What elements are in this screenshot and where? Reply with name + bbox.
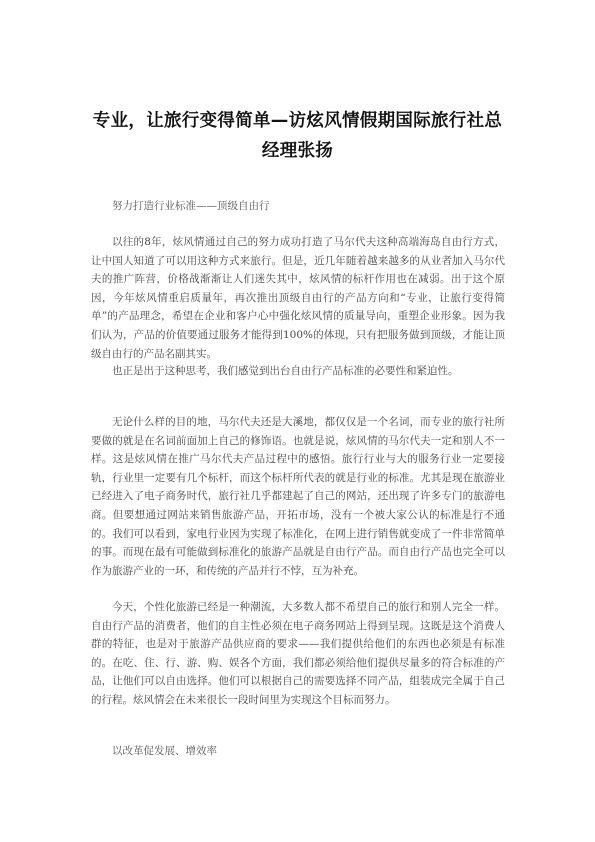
section-heading: 努力打造行业标准——顶级自由行 bbox=[112, 199, 270, 213]
paragraph: 今天，个性化旅游已经是一种潮流，大多数人都不希望自己的旅行和别人完全一样。自由行… bbox=[91, 598, 505, 710]
paragraph: 无论什么样的目的地，马尔代夫还是大溪地，都仅仅是一个名词，而专业的旅行社所要做的… bbox=[91, 413, 505, 580]
page-title: 专业，让旅行变得简单—访炫风情假期国际旅行社总经理张扬 bbox=[85, 106, 510, 166]
paragraph: 也正是出于这种思考，我们感觉到出台自由行产品标准的必要性和紧迫性。 bbox=[91, 362, 505, 381]
section-heading: 以改革促发展、增效率 bbox=[112, 744, 217, 758]
paragraph: 以往的8年，炫风情通过自己的努力成功打造了马尔代夫这种高端海岛自由行方式，让中国… bbox=[91, 233, 505, 363]
